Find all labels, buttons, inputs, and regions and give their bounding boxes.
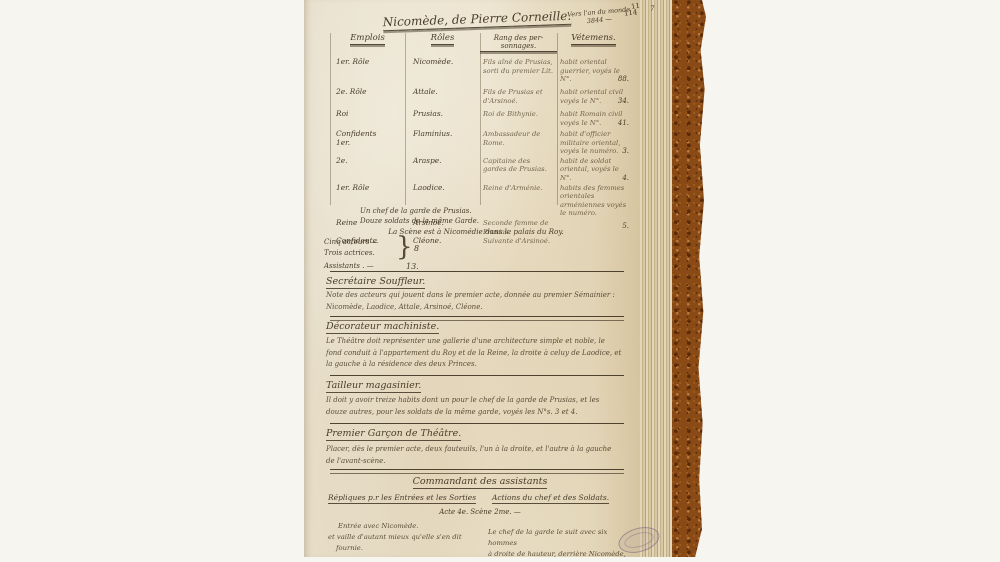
cell-rang: Ambassadeur de Rome. [480,129,557,147]
manuscript-page: Nicomède, de Pierre Corneille. Vers l'an… [304,0,640,557]
section-rule [330,271,624,272]
table-column-line [480,33,481,205]
costume-number: 3. [622,147,629,156]
actions-column-header: Actions du chef et des Soldats. [492,493,609,504]
manuscript-photo: Nicomède, de Pierre Corneille. Vers l'an… [304,0,706,557]
cue-line: et vaille d'autant mieux qu'elle s'en di… [328,532,488,543]
section-body-souffleur: Note des acteurs qui jouent dans le prem… [326,290,622,313]
page-stack-edge: 7 [640,0,672,557]
cell-vetement: habit oriental civil voyés le N°.34. [557,87,630,105]
cell-vetement: habits des femmes orientales arméniennes… [557,183,630,218]
cell-vetement [557,236,630,237]
brace-glyph: } [396,232,413,262]
cue-line: fournie. [328,543,488,554]
cell-role: Attale. [405,87,480,97]
act-scene-label: Acte 4e. Scène 2me. — [330,508,630,516]
costume-number: 41. [618,119,629,128]
cell-rang: Reine d'Arménie. [480,183,557,193]
fore-edge-mark: 7 [650,5,654,13]
col-header-vetemens: Vétemens. [557,33,630,57]
note-soldats: Douze soldats de la même Garde. [360,216,479,226]
cell-emploi: 1er. Rôle [330,183,405,193]
cell-emploi: 1er. Rôle [330,57,405,67]
library-stamp-ring [623,529,656,551]
section-rule [330,316,624,321]
section-rule [330,375,624,376]
table-column-line [330,33,331,205]
cue-column-header: Répliques p.r les Entrées et les Sorties [328,493,476,504]
cell-rang: Suivante d'Arsinoé. [480,236,557,246]
cell-emploi: Roi [330,109,405,119]
cell-role: Araspe. [405,156,480,166]
section-body-tailleur: Il doit y avoir treize habits dont un po… [326,395,622,418]
cell-role: Laodice. [405,183,480,193]
cell-vetement: habit Romain civil voyés le N°.41. [557,109,630,127]
marbled-book-edge [672,0,706,557]
section-heading-tailleur: Tailleur magasinier. [326,380,421,393]
page-number: 114 [624,8,638,17]
cell-emploi: 2e. [330,156,405,166]
cell-rang: Fils de Prusias et d'Arsinoé. [480,87,557,105]
action-line: à droite de hauteur, derrière Nicomède, [488,549,638,560]
section-rule [330,469,624,474]
cell-rang: Fils aîné de Prusias, sorti du premier L… [480,57,557,75]
photo-background: Nicomède, de Pierre Corneille. Vers l'an… [0,0,1000,562]
cell-vetement [557,218,630,219]
count-actresses: Trois actrices. [324,249,375,257]
note-chef: Un chef de la garde de Prusias. [360,206,479,216]
cell-vetement: habit oriental guerrier, voyés le N°.88. [557,57,630,84]
section-rule [330,423,624,424]
section-heading-decorateur: Décorateur machiniste. [326,321,439,334]
section-heading-garcon: Premier Garçon de Théâtre. [326,428,461,441]
guards-notes: Un chef de la garde de Prusias. Douze so… [360,206,479,226]
cell-vetement: habit de soldat oriental, voyés le N°.4. [557,156,630,183]
count-actors: Cinq acteurs — [324,238,379,246]
cell-role: Nicomède. [405,57,480,67]
section-body-decorateur: Le Théâtre doit représenter une gallerie… [326,336,622,371]
total-assistants: 13. [406,262,419,271]
cell-role: Flaminius. [405,129,480,139]
col-header-emplois: Emplois [330,33,405,57]
col-header-rang: Rang des per- sonnages. [480,33,557,57]
costume-number: 4. [622,174,629,183]
total-players: 8 [414,244,419,253]
cell-role: Prusias. [405,109,480,119]
table-column-line [405,33,406,205]
costume-number: 5. [622,222,629,231]
cell-rang: Roi de Bithynie. [480,109,557,119]
cue-lines: Entrée avec Nicomède. et vaille d'autant… [328,521,488,554]
cell-emploi: Confidents 1er. [330,129,405,147]
cell-rang: Capitaine des gardes de Prusias. [480,156,557,174]
col-header-roles: Rôles [405,33,480,57]
action-line: Le chef de la garde le suit avec six hom… [488,527,638,549]
count-assistants: Assistants . — [324,262,374,270]
cell-emploi: 2e. Rôle [330,87,405,97]
section-heading-commandant: Commandant des assistants [330,476,630,489]
cell-vetement: habit d'officier militaire oriental, voy… [557,129,630,156]
section-body-garcon: Placer, dès le premier acte, deux fauteu… [326,444,622,467]
costume-number: 34. [618,97,629,106]
cue-line: Entrée avec Nicomède. [328,521,488,532]
action-lines: Le chef de la garde le suit avec six hom… [488,527,638,560]
section-heading-souffleur: Secrétaire Souffleur. [326,276,425,289]
costume-number: 88. [618,75,629,84]
